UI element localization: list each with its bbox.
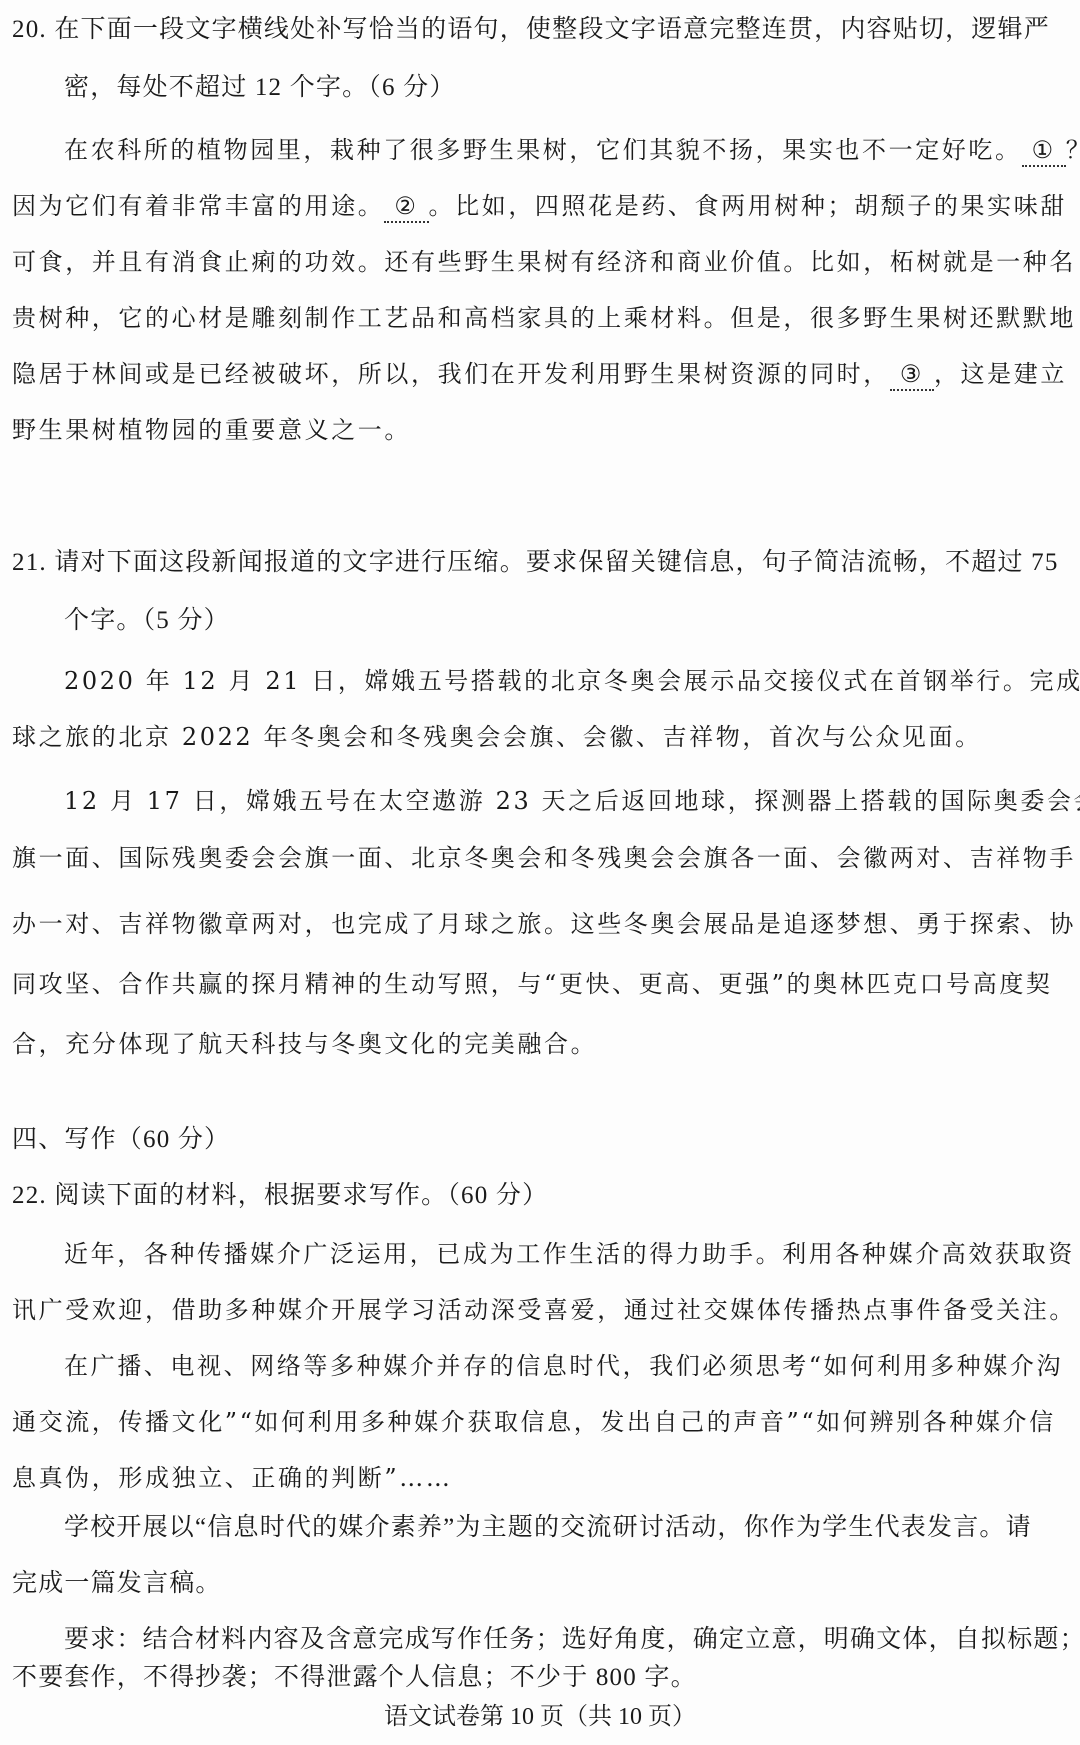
q21-passage-p2-line5: 合，充分体现了航天科技与冬奥文化的完美融合。 [12,1026,597,1062]
q21-passage-p1-line1: 2020 年 12 月 21 日，嫦娥五号搭载的北京冬奥会展示品交接仪式在首钢举… [64,663,1080,699]
q20-passage-line1: 在农科所的植物园里，栽种了很多野生果树，它们其貌不扬，果实也不一定好吃。①？ [64,132,1080,168]
q22-passage-p2-line3: 息真伪，形成独立、正确的判断”…… [12,1460,452,1496]
section-4-title: 四、写作（60 分） [12,1122,230,1158]
q21-prompt-line2: 个字。（5 分） [64,603,230,639]
q22-passage-p3-line2: 完成一篇发言稿。 [12,1566,222,1602]
q20-passage-text: 隐居于林间或是已经被破坏，所以，我们在开发利用野生果树资源的同时， [12,360,890,388]
q20-passage-line5: 隐居于林间或是已经被破坏，所以，我们在开发利用野生果树资源的同时，③，这是建立 [12,356,1067,392]
q20-passage-line2: 因为它们有着非常丰富的用途。②。比如，四照花是药、食两用树种；胡颓子的果实味甜 [12,188,1067,224]
q22-passage-p2-line1: 在广播、电视、网络等多种媒介并存的信息时代，我们必须思考“如何利用多种媒介沟 [64,1348,1063,1384]
blank-2: ② [384,191,428,223]
q22-requirements-line2: 不要套作，不得抄袭；不得泄露个人信息；不少于 800 字。 [12,1660,697,1696]
q20-passage-text: ，这是建立 [934,360,1067,388]
q20-number: 20. [12,16,47,43]
page-footer: 语文试卷第 10 页（共 10 页） [0,1700,1080,1734]
q20-passage-text: 在农科所的植物园里，栽种了很多野生果树，它们其貌不扬，果实也不一定好吃。 [64,136,1022,164]
q22-prompt: 22. 阅读下面的材料，根据要求写作。（60 分） [12,1178,548,1214]
q22-passage-p3-line1: 学校开展以“信息时代的媒介素养”为主题的交流研讨活动，你作为学生代表发言。请 [64,1510,1032,1546]
q21-number: 21. [12,549,47,576]
q21-passage-p1-line2: 球之旅的北京 2022 年冬奥会和冬残奥会会旗、会徽、吉祥物，首次与公众见面。 [12,719,982,755]
q20-passage-line4: 贵树种，它的心材是雕刻制作工艺品和高档家具的上乘材料。但是，很多野生果树还默默地 [12,300,1076,336]
q21-passage-p2-line3: 办一对、吉祥物徽章两对，也完成了月球之旅。这些冬奥会展品是追逐梦想、勇于探索、协 [12,906,1076,942]
blank-1: ① [1022,135,1066,167]
q20-prompt-text: 在下面一段文字横线处补写恰当的语句，使整段文字语意完整连贯，内容贴切，逻辑严 [54,16,1050,43]
q21-prompt-line1: 21. 请对下面这段新闻报道的文字进行压缩。要求保留关键信息，句子简洁流畅，不超… [12,545,1059,581]
q20-passage-text: 。比如，四照花是药、食两用树种；胡颓子的果实味甜 [429,192,1067,220]
q20-prompt-line2: 密，每处不超过 12 个字。（6 分） [64,70,456,106]
q20-passage-line6: 野生果树植物园的重要意义之一。 [12,412,411,448]
q22-passage-p2-line2: 通交流，传播文化”“如何利用多种媒介获取信息，发出自己的声音”“如何辨别各种媒介… [12,1404,1056,1440]
blank-3: ③ [890,359,934,391]
q20-passage-line3: 可食，并且有消食止痢的功效。还有些野生果树有经济和商业价值。比如，柘树就是一种名 [12,244,1076,280]
q20-passage-text: ？ [1066,136,1080,164]
q20-prompt-line1: 20. 在下面一段文字横线处补写恰当的语句，使整段文字语意完整连贯，内容贴切，逻… [12,12,1050,48]
q22-requirements-line1: 要求：结合材料内容及含意完成写作任务；选好角度，确定立意，明确文体，自拟标题； [64,1622,1080,1658]
q21-prompt-text: 请对下面这段新闻报道的文字进行压缩。要求保留关键信息，句子简洁流畅，不超过 75 [54,549,1058,576]
q21-passage-p2-line2: 旗一面、国际残奥委会会旗一面、北京冬奥会和冬残奥会会旗各一面、会徽两对、吉祥物手 [12,840,1076,876]
q22-prompt-text: 阅读下面的材料，根据要求写作。（60 分） [54,1182,548,1209]
q20-passage-text: 因为它们有着非常丰富的用途。 [12,192,384,220]
q22-passage-p1-line1: 近年，各种传播媒介广泛运用，已成为工作生活的得力助手。利用各种媒介高效获取资 [64,1236,1075,1272]
q21-passage-p2-line1: 12 月 17 日，嫦娥五号在太空遨游 23 天之后返回地球，探测器上搭载的国际… [64,783,1080,819]
q21-passage-p2-line4: 同攻坚、合作共赢的探月精神的生动写照，与“更快、更高、更强”的奥林匹克口号高度契 [12,966,1053,1002]
q22-passage-p1-line2: 讯广受欢迎，借助多种媒介开展学习活动深受喜爱，通过社交媒体传播热点事件备受关注。 [12,1292,1076,1328]
q22-number: 22. [12,1182,47,1209]
exam-page: 20. 在下面一段文字横线处补写恰当的语句，使整段文字语意完整连贯，内容贴切，逻… [0,0,1080,1745]
